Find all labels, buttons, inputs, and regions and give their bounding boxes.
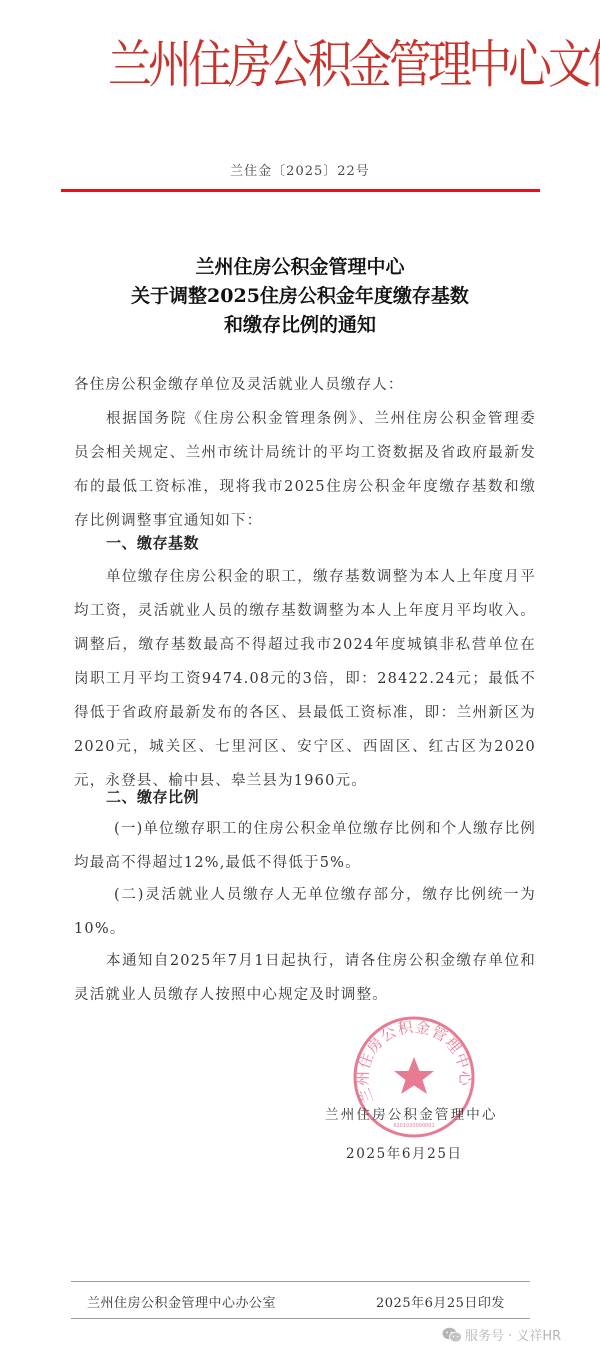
notice-title-line-3: 和缴存比例的通知 bbox=[0, 311, 600, 340]
signature-date: 2025年6月25日 bbox=[346, 1142, 463, 1162]
signature-organization: 兰州住房公积金管理中心 bbox=[325, 1103, 498, 1123]
issuer-title: 兰州住房公积金管理中心文件 bbox=[108, 40, 548, 92]
salutation: 各住房公积金缴存单位及灵活就业人员缴存人： bbox=[74, 368, 536, 402]
intro-paragraph: 根据国务院《住房公积金管理条例》、兰州住房公积金管理委员会相关规定、兰州市统计局… bbox=[74, 402, 536, 538]
notice-title-line-2: 关于调整2025住房公积金年度缴存基数 bbox=[0, 282, 600, 311]
watermark: 服务号 · 义祥HR bbox=[442, 1325, 561, 1344]
footer-print-date: 2025年6月25日印发 bbox=[376, 1292, 505, 1311]
watermark-text: 服务号 · 义祥HR bbox=[465, 1325, 561, 1344]
section-heading-contribution-ratio: 二、缴存比例 bbox=[106, 780, 568, 814]
effective-date-paragraph: 本通知自2025年7月1日起执行，请各住房公积金缴存单位和灵活就业人员缴存人按照… bbox=[74, 944, 536, 1012]
svg-text:6201020000001: 6201020000001 bbox=[393, 1123, 434, 1129]
ratio-item-2: (二)灵活就业人员缴存人无单位缴存部分，缴存比例统一为10%。 bbox=[74, 878, 536, 946]
wechat-icon bbox=[442, 1327, 462, 1343]
document-number: 兰住金〔2025〕22号 bbox=[0, 160, 600, 179]
ratio-item-1: (一)单位缴存职工的住房公积金单位缴存比例和个人缴存比例均最高不得超过12%,最… bbox=[74, 812, 536, 880]
footer-rule-top bbox=[71, 1281, 530, 1282]
footer-rule-bottom bbox=[71, 1318, 530, 1319]
notice-title-line-1: 兰州住房公积金管理中心 bbox=[0, 253, 600, 282]
footer-issuing-office: 兰州住房公积金管理中心办公室 bbox=[87, 1292, 276, 1311]
header-red-rule bbox=[61, 189, 540, 192]
contribution-base-paragraph: 单位缴存住房公积金的职工，缴存基数调整为本人上年度月平均工资，灵活就业人员的缴存… bbox=[74, 560, 536, 798]
notice-title: 兰州住房公积金管理中心 关于调整2025住房公积金年度缴存基数 和缴存比例的通知 bbox=[0, 253, 600, 340]
section-heading-contribution-base: 一、缴存基数 bbox=[106, 526, 568, 560]
